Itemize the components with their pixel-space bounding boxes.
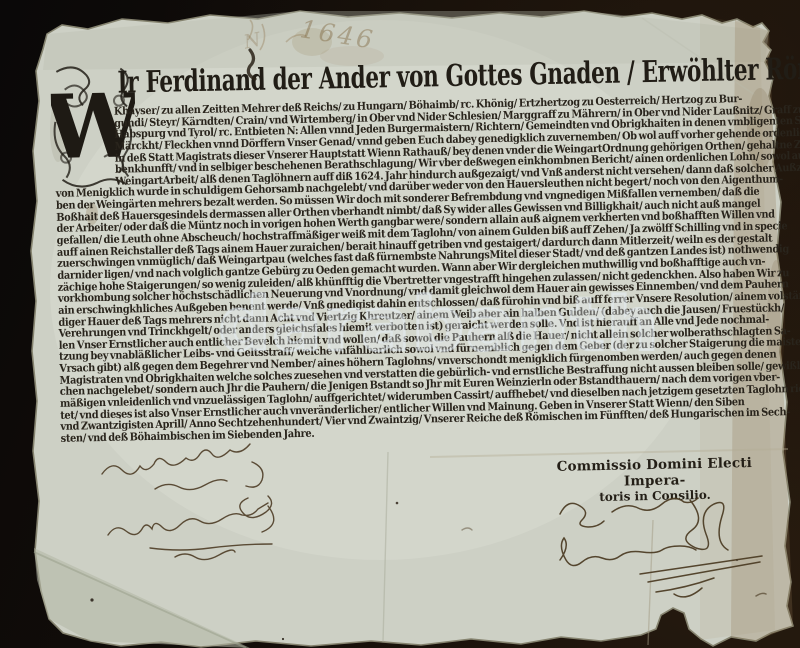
site-watermark: darabanth: [218, 282, 660, 368]
ink-blot-mark: [248, 50, 255, 79]
faint-annotation-strokes: [248, 20, 306, 50]
right-signatures-ink: [560, 498, 766, 597]
document-photo: W Ir Ferdinand der Ander von Gottes Gnad…: [0, 0, 800, 648]
left-signatures-ink: [102, 444, 472, 560]
